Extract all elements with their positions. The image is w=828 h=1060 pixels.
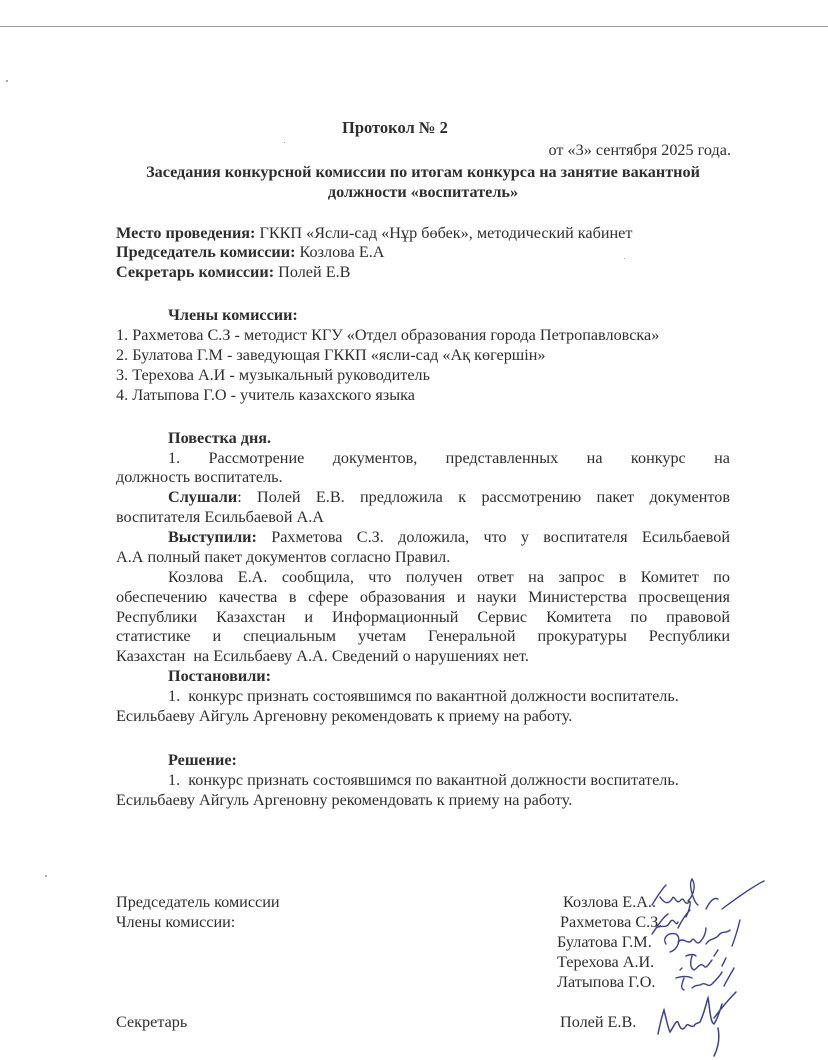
heard-label: Слушали — [168, 488, 237, 506]
secretary-label: Секретарь комиссии: — [116, 263, 274, 281]
venue-value: ГККП «Ясли-сад «Нұр бөбек», методический… — [255, 224, 632, 242]
kozlova-line: Козлова Е.А. сообщила, что получен ответ… — [168, 568, 730, 587]
heard-line1: Слушали: Полей Е.В. предложила к рассмот… — [168, 488, 730, 507]
secretary-line: Секретарь комиссии: Полей Е.В — [116, 263, 350, 282]
signatory-name: Булатова Г.М. — [557, 933, 652, 952]
signatory-name: Рахметова С.З. — [560, 913, 662, 932]
heard-line2: воспитателя Есильбаевой А.А — [116, 508, 324, 527]
spoke-line1: Выступили: Рахметова С.З. доложила, что … — [168, 528, 730, 547]
resolved-heading: Постановили: — [168, 667, 271, 686]
kozlova-line: обеспечению качества в сфере образования… — [116, 588, 730, 607]
member-item: 3. Терехова А.И - музыкальный руководите… — [116, 366, 430, 385]
signatory-name: Полей Е.В. — [560, 1013, 636, 1032]
chair-label: Председатель комиссии: — [116, 243, 295, 261]
venue-label: Место проведения: — [116, 224, 255, 242]
chair-line: Председатель комиссии: Козлова Е.А — [116, 243, 384, 262]
signatory-name: Козлова Е.А.. — [563, 893, 656, 912]
resolved-line1: 1. конкурс признать состоявшимся по вака… — [168, 687, 679, 706]
scan-speck — [284, 142, 285, 143]
heard-text: : Полей Е.В. предложила к рассмотрению п… — [237, 488, 730, 506]
scan-speck — [6, 80, 8, 82]
members-role-label: Члены комиссии: — [116, 913, 235, 932]
member-item: 1. Рахметова С.З - методист КГУ «Отдел о… — [116, 326, 659, 345]
decision-line1: 1. конкурс признать состоявшимся по вака… — [168, 771, 679, 790]
secretary-value: Полей Е.В — [274, 263, 350, 281]
agenda-heading: Повестка дня. — [168, 429, 271, 448]
chair-role-label: Председатель комиссии — [116, 893, 280, 912]
decision-heading: Решение: — [168, 751, 237, 770]
kozlova-line: Республики Казахстан и Информационный Се… — [116, 608, 730, 627]
member-item: 2. Булатова Г.М - заведующая ГККП «ясли-… — [116, 346, 546, 365]
kozlova-line: статистике и специальным учетам Генераль… — [116, 627, 730, 646]
document-subtitle-line1: Заседания конкурсной комиссии по итогам … — [116, 163, 730, 182]
document-date: от «3» сентября 2025 года. — [549, 141, 731, 160]
chair-value: Козлова Е.А — [295, 243, 384, 261]
spoke-text: Рахметова С.З. доложила, что у воспитате… — [257, 528, 730, 546]
spoke-line2: А.А полный пакет документов согласно Пра… — [116, 548, 450, 567]
page-top-edge — [0, 26, 828, 27]
signatory-name: Латыпова Г.О. — [557, 973, 655, 992]
resolved-line2: Есильбаеву Айгуль Аргеновну рекомендоват… — [116, 707, 572, 726]
members-heading: Члены комиссии: — [168, 306, 298, 325]
scan-speck — [45, 875, 47, 877]
document-subtitle-line2: должности «воспитатель» — [116, 183, 730, 202]
kozlova-line: Казахстан на Есильбаеву А.А. Сведений о … — [116, 647, 529, 666]
venue-line: Место проведения: ГККП «Ясли-сад «Нұр бө… — [116, 224, 632, 243]
signatory-name: Терехова А.И. — [557, 953, 654, 972]
decision-line2: Есильбаеву Айгуль Аргеновну рекомендоват… — [116, 791, 572, 810]
scan-speck — [624, 258, 625, 259]
document-title: Протокол № 2 — [342, 118, 448, 138]
member-item: 4. Латыпова Г.О - учитель казахского язы… — [116, 386, 415, 405]
agenda-item-line2: должность воспитатель. — [116, 468, 283, 487]
signature-poley-icon — [652, 988, 752, 1058]
agenda-item-line1: 1. Рассмотрение документов, представленн… — [168, 449, 730, 468]
spoke-label: Выступили: — [168, 528, 257, 546]
secretary-role-label: Секретарь — [116, 1013, 187, 1032]
